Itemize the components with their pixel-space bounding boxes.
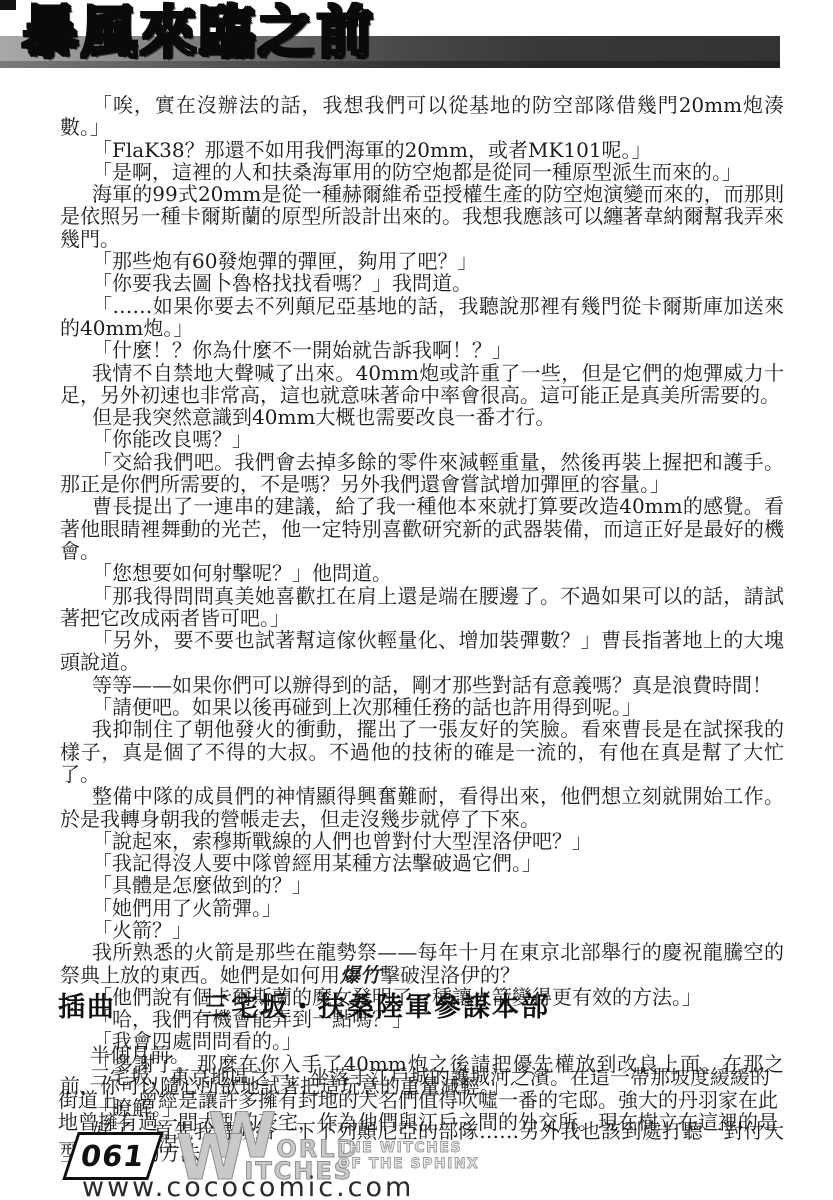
paragraph: 「說起來，索穆斯戰線的人們也曾對付大型涅洛伊吧？」 [60,830,784,852]
paragraph: 「你要我去圖卜魯格找找看嗎？」我問道。 [60,272,784,294]
paragraph: 「你能改良嗎？」 [60,428,784,450]
intermission-label: 插曲 [58,992,116,1023]
paragraph: 「請便吧。如果以後再碰到上次那種任務的話也許用得到呢。」 [60,696,784,718]
logo-subtitle-line1: THE WITCHES [338,1140,462,1156]
paragraph: 「什麼！？你為什麼不一開始就告訴我啊！？」 [60,339,784,361]
logo-subtitle: THE WITCHESOF THE SPHINX [338,1140,479,1172]
intermission-paragraphs: 半個月前。三宅坂，東京地區之一，坐落于江戶城的護城河之濱。在這一帶那坡度緩緩的街… [58,1044,784,1155]
paragraph: 「唉，實在沒辦法的話，我想我們可以從基地的防空部隊借幾門20mm炮湊數。」 [60,94,784,139]
page-number: 061 [79,1139,148,1173]
chapter-title: 暴風來臨之前 [22,2,376,66]
paragraph-with-emphasis: 我所熟悉的火箭是那些在龍勢祭——每年十月在東京北部舉行的慶祝龍騰空的祭典上放的東… [60,941,784,986]
paragraph: 「那我得問問真美她喜歡扛在肩上還是端在腰邊了。不過如果可以的話，請試著把它改成兩… [60,585,784,630]
book-page: 暴風來臨之前 「唉，實在沒辦法的話，我想我們可以從基地的防空部隊借幾門20mm炮… [0,0,833,1200]
paragraph: 「具體是怎麼做到的？」 [60,874,784,896]
paragraph: 整備中隊的成員們的神情顯得興奮難耐，看得出來，他們想立刻就開始工作。於是我轉身朝… [60,785,784,830]
paragraph: 我抑制住了朝他發火的衝動，擺出了一張友好的笑臉。看來曹長是在試探我的樣子，真是個… [60,718,784,785]
intermission-heading: 插曲三宅坂・扶桑陸軍參謀本部 [58,992,784,1024]
paragraph: 「火箭？」 [60,919,784,941]
paragraph: 「那些炮有60發炮彈的彈匣，夠用了吧？」 [60,250,784,272]
paragraph: 「另外，要不要也試著幫這傢伙輕量化、增加裝彈數？」曹長指著地上的大塊頭說道。 [60,629,784,674]
intermission-title: 三宅坂・扶桑陸軍參謀本部 [202,992,550,1023]
paragraph: 「交給我們吧。我們會去掉多餘的零件來減輕重量，然後再裝上握把和護手。那正是你們所… [60,451,784,496]
paragraph: 等等——如果你們可以辦得到的話，剛才那些對話有意義嗎？真是浪費時間！ [60,674,784,696]
website-url: www.cococomic.com [82,1172,414,1200]
emphasized-word: 爆竹 [340,963,380,987]
paragraph: 「……如果你要去不列顛尼亞基地的話，我聽說那裡有幾門從卡爾斯庫加送來的40mm炮… [60,295,784,340]
paragraph: 但是我突然意識到40mm大概也需要改良一番才行。 [60,406,784,428]
paragraph: 「我記得沒人要中隊曾經用某種方法擊破過它們。」 [60,852,784,874]
paragraph: 「您想要如何射擊呢？」他問道。 [60,562,784,584]
paragraph: 「FlaK38？那還不如用我們海軍的20mm，或者MK101呢。」 [60,139,784,161]
paragraph: 我情不自禁地大聲喊了出來。40mm炮或許重了一些，但是它們的炮彈威力十足，另外初… [60,362,784,407]
paragraph: 「是啊，這裡的人和扶桑海軍用的防空炮都是從同一種原型派生而來的。」 [60,161,784,183]
scan-corner-mark [0,0,16,10]
paragraph: 海軍的99式20mm是從一種赫爾維希亞授權生產的防空炮演變而來的，而那則是依照另… [60,183,784,250]
logo-subtitle-line2: OF THE SPHINX [338,1156,479,1172]
paragraph: 「她們用了火箭彈。」 [60,897,784,919]
paragraph-group-1: 「唉，實在沒辦法的話，我想我們可以從基地的防空部隊借幾門20mm炮湊數。」「Fl… [60,94,784,941]
paragraph: 半個月前。 [58,1044,784,1066]
paragraph-text-post: 擊破涅洛伊的？ [380,963,520,987]
paragraph: 曹長提出了一連串的建議，給了我一種他本來就打算要改造40mm的感覺。看著他眼睛裡… [60,495,784,562]
intermission-section: 插曲三宅坂・扶桑陸軍參謀本部 半個月前。三宅坂，東京地區之一，坐落于江戶城的護城… [58,992,784,1155]
